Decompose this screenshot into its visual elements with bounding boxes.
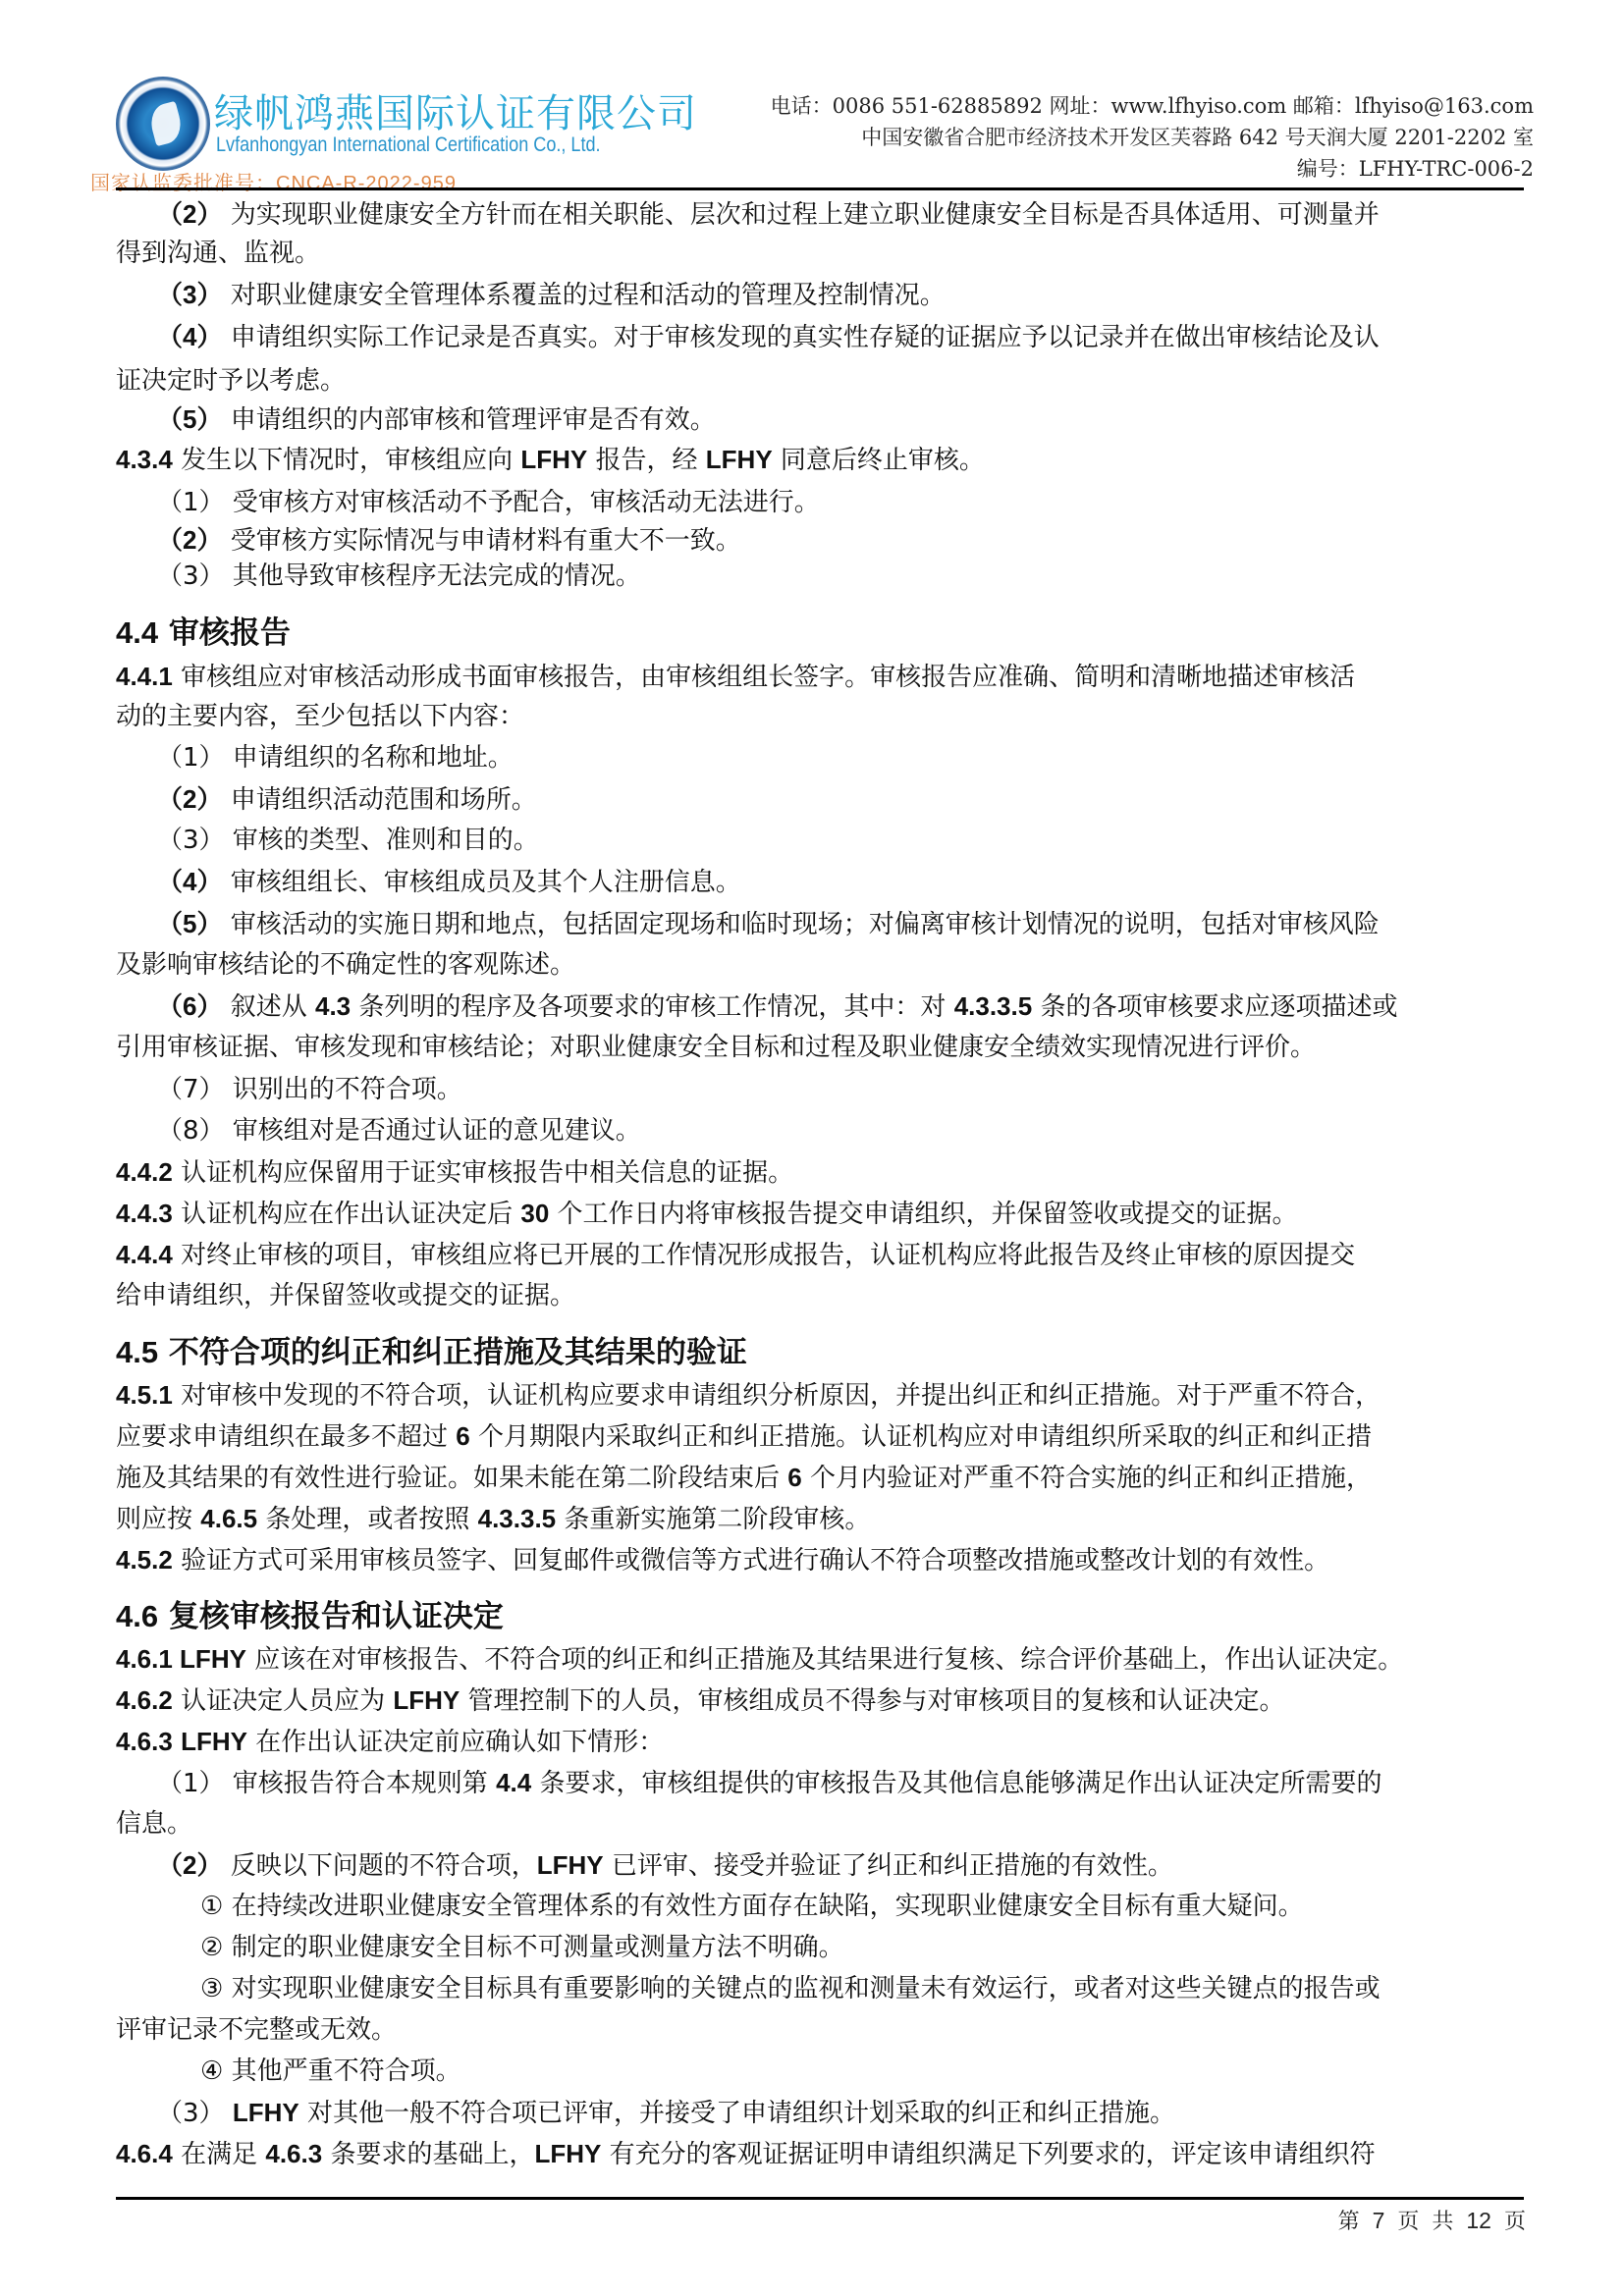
list-item: （4） 审核组组长、审核组成员及其个人注册信息。 [157,865,1571,899]
header-divider [116,187,1524,190]
sub-list-item: ③ 对实现职业健康安全目标具有重要影响的关键点的监视和测量未有效运行，或者对这些… [200,1972,1614,2005]
clause-4-4-1: 4.4.1 审核组应对审核活动形成书面审核报告，由审核组组长签字。审核报告应准确… [116,660,1530,694]
company-name-cn: 绿帆鸿燕国际认证有限公司 [214,82,697,138]
company-logo-icon [116,77,210,171]
list-item: （2） 受审核方实际情况与申请材料有重大不一致。 [157,523,1571,558]
list-item-continued: 得到沟通、监视。 [116,237,1530,270]
list-item: （1） 申请组织的名称和地址。 [157,741,1571,774]
clause-continued: 应要求申请组织在最多不超过 6 个月期限内采取纠正和纠正措施。认证机构应对申请组… [116,1419,1530,1454]
sail-emblem-icon [146,101,185,146]
clause-continued: 则应按 4.6.5 条处理，或者按照 4.3.3.5 条重新实施第二阶段审核。 [116,1502,1530,1536]
sub-list-item-continued: 评审记录不完整或无效。 [116,2013,1530,2047]
address: 中国安徽省合肥市经济技术开发区芙蓉路 642 号天润大厦 2201-2202 室 [861,122,1534,151]
clause-4-4-3: 4.4.3 认证机构应在作出认证决定后 30 个工作日内将审核报告提交申请组织，… [116,1197,1530,1231]
list-item-continued: 引用审核证据、审核发现和审核结论；对职业健康安全目标和过程及职业健康安全绩效实现… [116,1031,1530,1064]
list-item-continued: 证决定时予以考虑。 [116,364,1530,398]
section-heading-4-6: 4.6 复核审核报告和认证决定 [116,1598,1530,1635]
page-mid: 页 共 [1397,2210,1453,2234]
list-item: （4） 申请组织实际工作记录是否真实。对于审核发现的真实性存疑的证据应予以记录并… [157,320,1571,354]
clause-4-5-1: 4.5.1 对审核中发现的不符合项，认证机构应要求申请组织分析原因，并提出纠正和… [116,1378,1530,1413]
list-item: （3） 对职业健康安全管理体系覆盖的过程和活动的管理及控制情况。 [157,278,1571,312]
clause-4-4-2: 4.4.2 认证机构应保留用于证实审核报告中相关信息的证据。 [116,1155,1530,1190]
section-heading-4-5: 4.5 不符合项的纠正和纠正措施及其结果的验证 [116,1334,1530,1371]
page-header: 绿帆鸿燕国际认证有限公司 Lvfanhongyan International … [0,0,1624,196]
clause-continued: 动的主要内容，至少包括以下内容： [116,700,1530,733]
page-number: 第 7 页 共 12 页 [1338,2205,1526,2235]
section-heading-4-4: 4.4 审核报告 [116,614,1530,652]
page-prefix: 第 [1338,2210,1360,2234]
list-item: （8） 审核组对是否通过认证的意见建议。 [157,1114,1571,1148]
list-item: （3） LFHY 对其他一般不符合项已评审，并接受了申请组织计划采取的纠正和纠正… [157,2096,1571,2130]
document-number: 编号：LFHY-TRC-006-2 [1297,153,1534,183]
sub-list-item: ① 在持续改进职业健康安全管理体系的有效性方面存在缺陷，实现职业健康安全目标有重… [200,1890,1614,1923]
list-item: （1） 受审核方对审核活动不予配合，审核活动无法进行。 [157,486,1571,519]
clause-4-4-4: 4.4.4 对终止审核的项目，审核组应将已开展的工作情况形成报告，认证机构应将此… [116,1238,1530,1272]
list-item: （1） 审核报告符合本规则第 4.4 条要求，审核组提供的审核报告及其他信息能够… [157,1766,1571,1800]
total-pages: 12 [1466,2208,1491,2233]
list-item-continued: 信息。 [116,1807,1530,1841]
clause-4-5-2: 4.5.2 验证方式可采用审核员签字、回复邮件或微信等方式进行确认不符合项整改措… [116,1543,1530,1577]
clause-continued: 施及其结果的有效性进行验证。如果未能在第二阶段结束后 6 个月内验证对严重不符合… [116,1461,1530,1495]
list-item: （3） 审核的类型、准则和目的。 [157,824,1571,857]
clause-4-6-4: 4.6.4 在满足 4.6.3 条要求的基础上，LFHY 有充分的客观证据证明申… [116,2137,1530,2171]
clause-4-6-1: 4.6.1 LFHY 应该在对审核报告、不符合项的纠正和纠正措施及其结果进行复核… [116,1642,1530,1677]
clause-4-6-2: 4.6.2 认证决定人员应为 LFHY 管理控制下的人员，审核组成员不得参与对审… [116,1683,1530,1718]
sub-list-item: ② 制定的职业健康安全目标不可测量或测量方法不明确。 [200,1931,1614,1964]
list-item: （3） 其他导致审核程序无法完成的情况。 [157,560,1571,593]
current-page: 7 [1373,2208,1385,2233]
list-item: （5） 申请组织的内部审核和管理评审是否有效。 [157,402,1571,437]
contact-info: 电话：0086 551-62885892 网址：www.lfhyiso.com … [771,90,1534,120]
list-item: （2） 申请组织活动范围和场所。 [157,782,1571,817]
clause-4-3-4: 4.3.4 发生以下情况时，审核组应向 LFHY 报告，经 LFHY 同意后终止… [116,443,1530,477]
list-item: （7） 识别出的不符合项。 [157,1073,1571,1106]
list-item-continued: 及影响审核结论的不确定性的客观陈述。 [116,948,1530,982]
clause-continued: 给申请组织，并保留签收或提交的证据。 [116,1279,1530,1312]
list-item: （6） 叙述从 4.3 条列明的程序及各项要求的审核工作情况，其中：对 4.3.… [157,989,1571,1024]
clause-4-6-3: 4.6.3 LFHY 在作出认证决定前应确认如下情形： [116,1725,1530,1759]
list-item: （2） 反映以下问题的不符合项，LFHY 已评审、接受并验证了纠正和纠正措施的有… [157,1848,1571,1883]
approval-number: 国家认监委批准号：CNCA-R-2022-959 [90,167,457,195]
page-suffix: 页 [1504,2210,1526,2234]
footer-divider [116,2197,1524,2200]
sub-list-item: ④ 其他严重不符合项。 [200,2055,1614,2088]
company-name-en: Lvfanhongyan International Certification… [216,133,601,157]
list-item: （2） 为实现职业健康安全方针而在相关职能、层次和过程上建立职业健康安全目标是否… [157,197,1571,232]
list-item: （5） 审核活动的实施日期和地点，包括固定现场和临时现场；对偏离审核计划情况的说… [157,907,1571,941]
